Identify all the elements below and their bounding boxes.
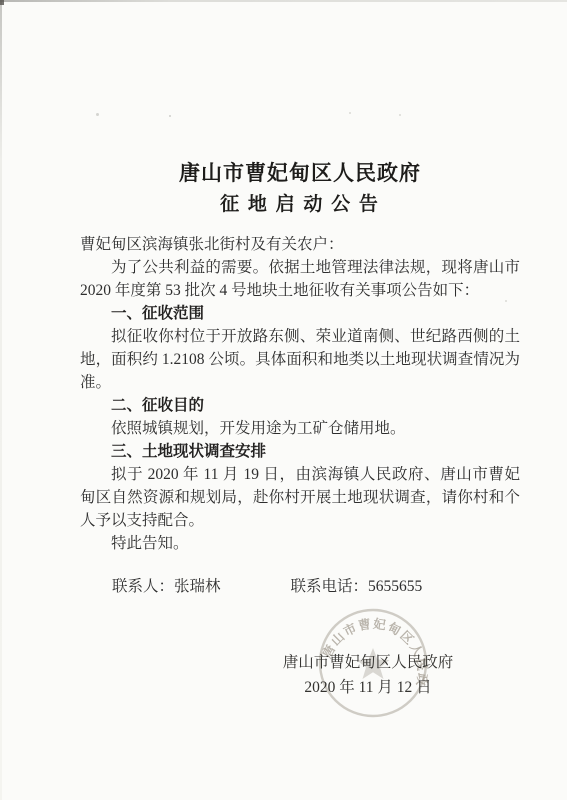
closing-line: 特此告知。 [80, 532, 520, 555]
section-2-heading: 二、征收目的 [80, 394, 520, 417]
contact-phone-number: 5655655 [368, 578, 422, 595]
scan-speck [399, 114, 401, 116]
section-1-body: 拟征收你村位于开放路东侧、荣业道南侧、世纪路西侧的土地，面积约 1.2108 公… [80, 325, 520, 394]
section-3-body: 拟于 2020 年 11 月 19 日，由滨海镇人民政府、唐山市曹妃甸区自然资源… [80, 463, 520, 532]
signature-org: 唐山市曹妃甸区人民政府 [253, 650, 483, 675]
contact-person-label: 联系人： [112, 578, 174, 595]
section-2-body: 依照城镇规划，开发用途为工矿仓储用地。 [80, 417, 520, 440]
title-org-name: 唐山市曹妃甸区人民政府 [80, 158, 520, 189]
contact-phone-label: 联系电话： [291, 578, 369, 595]
salutation-line: 曹妃甸区滨海镇张北街村及有关农户： [80, 233, 520, 256]
scan-edge-top [0, 0, 567, 2]
scan-speck [169, 115, 171, 117]
title-announcement-name: 征 地 启 动 公 告 [80, 189, 520, 220]
scan-edge-left [0, 0, 2, 800]
intro-paragraph: 为了公共利益的需要。依据土地管理法律法规，现将唐山市 2020 年度第 53 批… [80, 256, 520, 302]
document-body: 曹妃甸区滨海镇张北街村及有关农户： 为了公共利益的需要。依据土地管理法律法规，现… [80, 233, 520, 598]
document-title: 唐山市曹妃甸区人民政府 征 地 启 动 公 告 [80, 158, 520, 220]
scan-speck [96, 113, 99, 116]
signature-date: 2020 年 11 月 12 日 [253, 675, 483, 700]
contact-row: 联系人：张瑞林 联系电话：5655655 [80, 575, 520, 598]
signature-block: 唐山市曹妃甸区人民政府 2020 年 11 月 12 日 [253, 650, 483, 700]
contact-person: 联系人：张瑞林 [112, 575, 221, 598]
scan-corner-mark [0, 0, 4, 5]
document-content: 唐山市曹妃甸区人民政府 征 地 启 动 公 告 曹妃甸区滨海镇张北街村及有关农户… [80, 158, 520, 598]
scanned-document-page: 唐山市曹妃甸区人民政府 征 地 启 动 公 告 曹妃甸区滨海镇张北街村及有关农户… [0, 0, 567, 800]
contact-phone: 联系电话：5655655 [291, 575, 423, 598]
section-1-heading: 一、征收范围 [80, 302, 520, 325]
scan-speck [349, 112, 351, 114]
section-3-heading: 三、土地现状调查安排 [80, 440, 520, 463]
contact-person-name: 张瑞林 [174, 578, 221, 595]
